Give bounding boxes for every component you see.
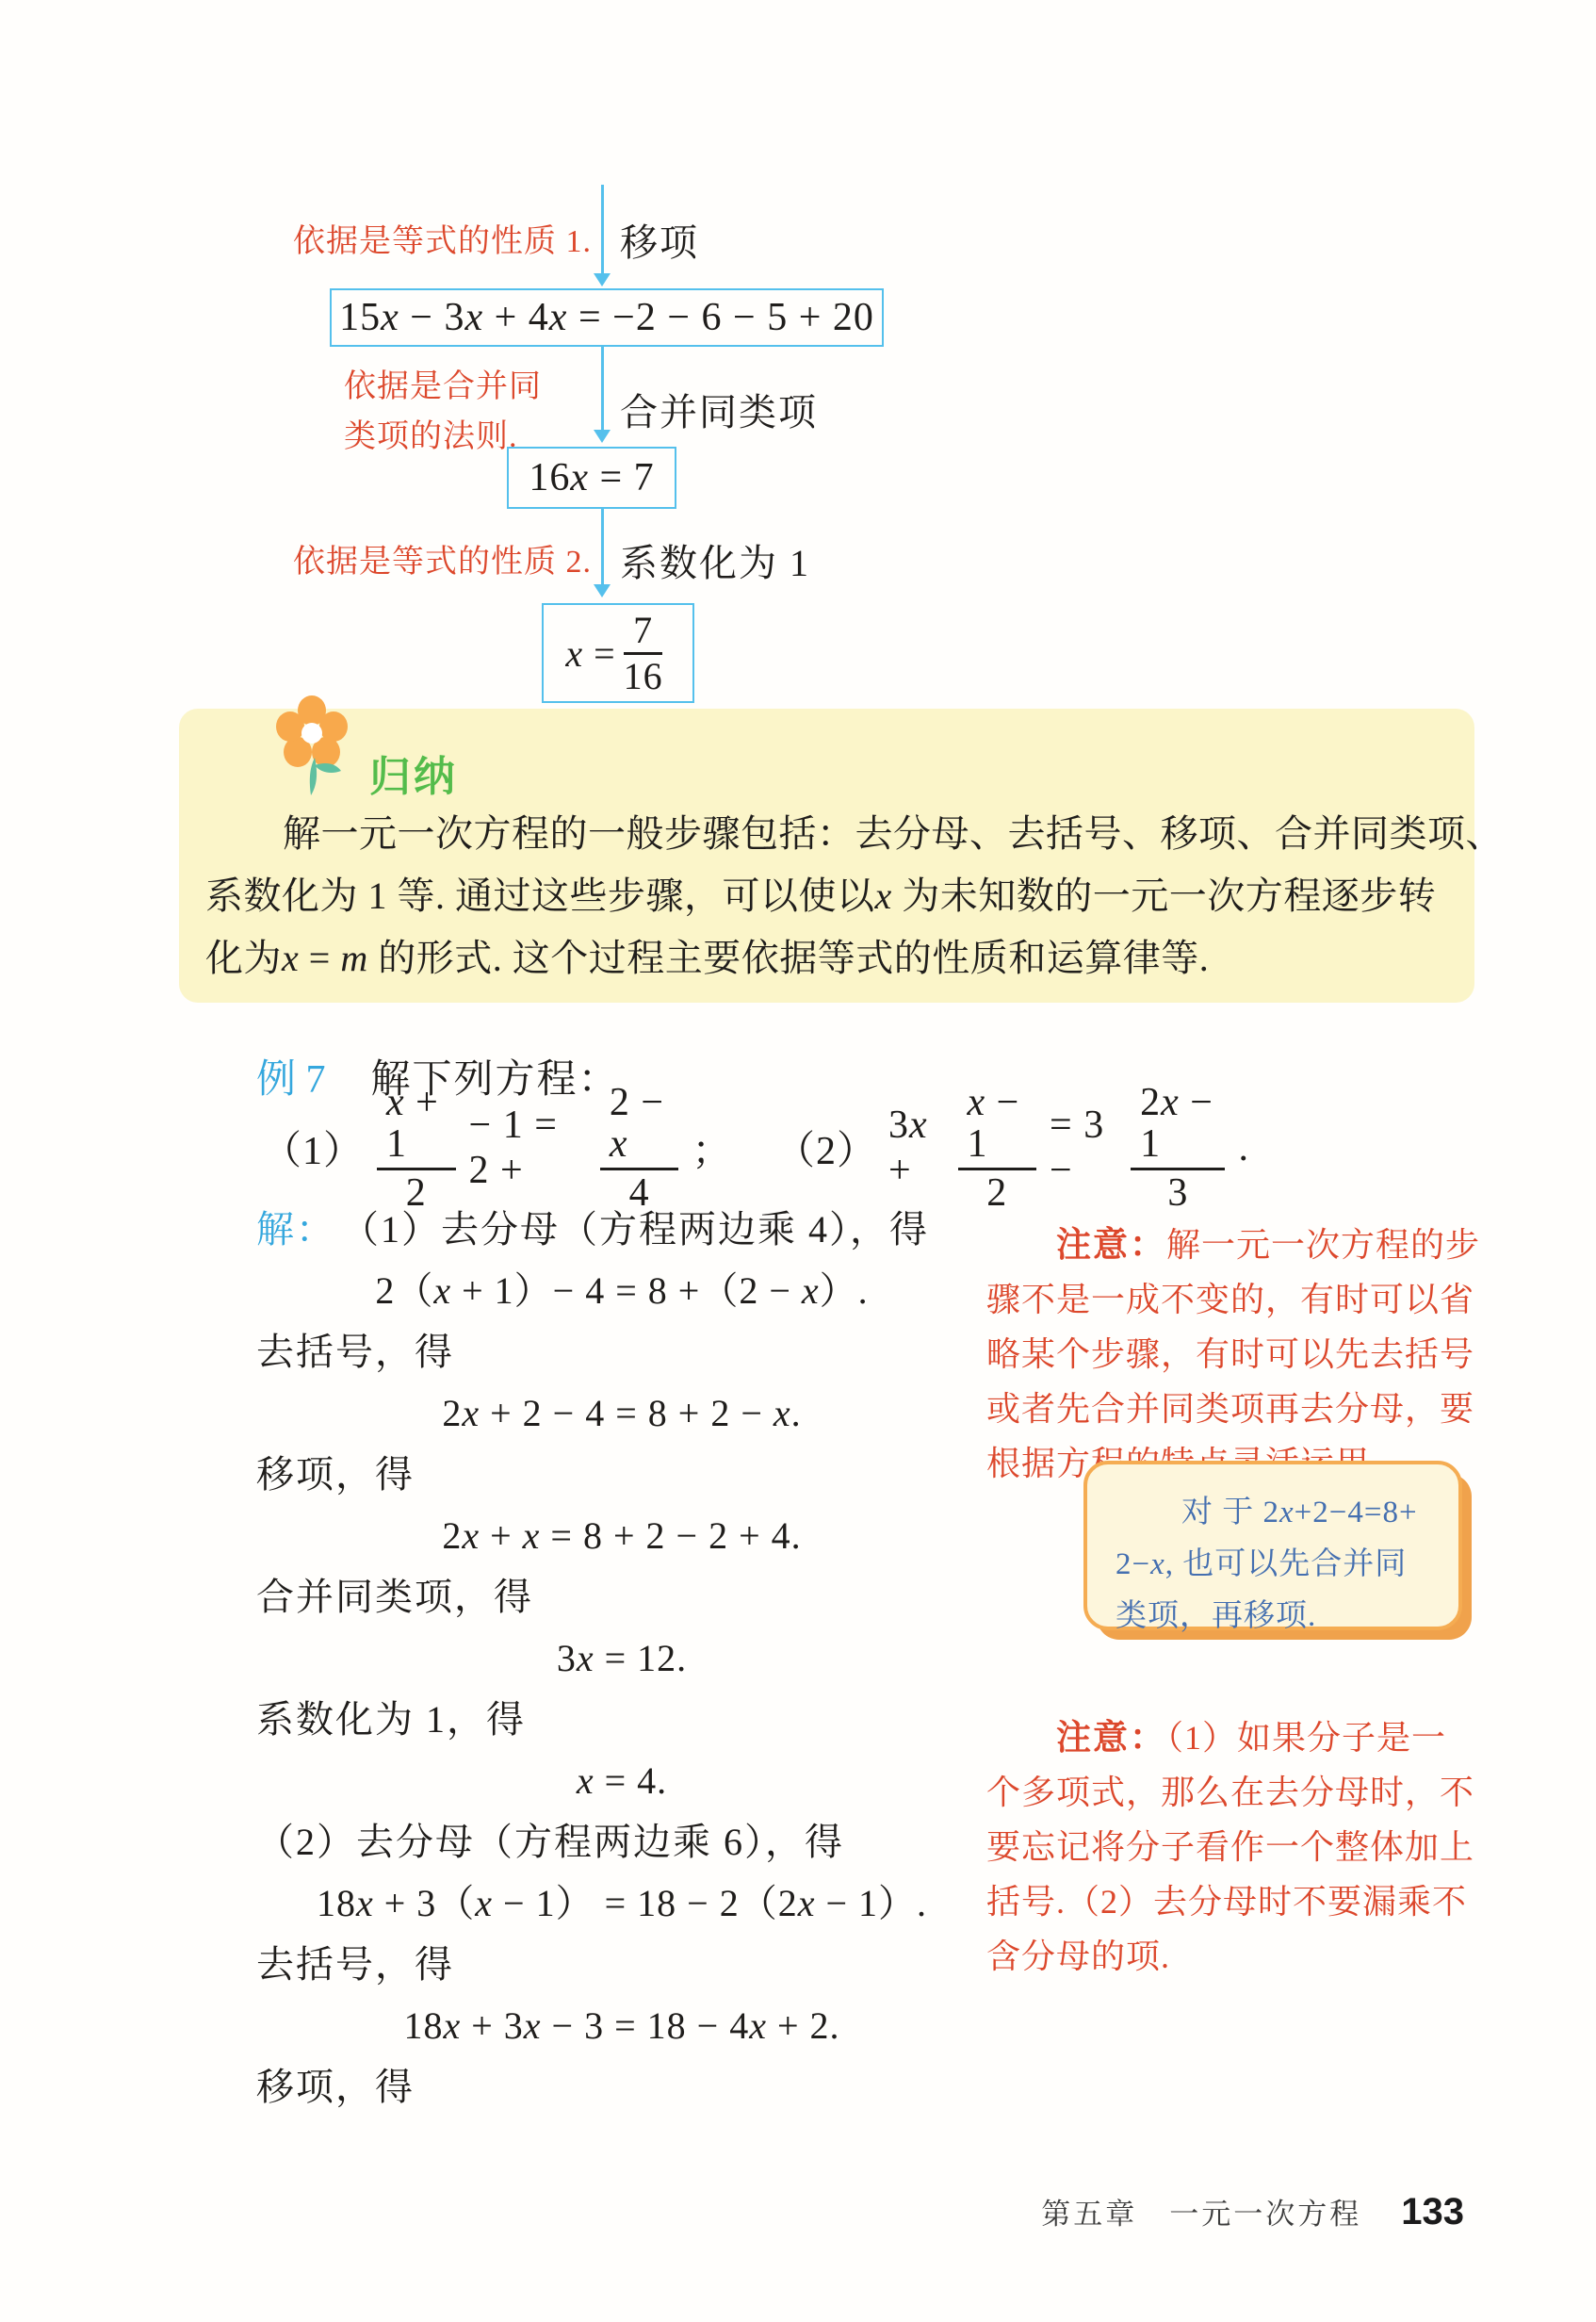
sticky-note: 对 于 2x+2−4=8+ 2−x, 也可以先合并同 类项，再移项. [1083, 1461, 1462, 1630]
eq1-middle: − 1 = 2 + [469, 1103, 587, 1193]
eq2-number: （2） [775, 1120, 877, 1176]
solution-step-label: 系数化为 1，得 [179, 1689, 1065, 1750]
result-lhs: x = [565, 631, 615, 676]
summary-line: 解一元一次方程的一般步骤包括：去分母、去括号、移项、合并同类项、 [205, 803, 1545, 865]
solution-equation: 18x + 3（x − 1） = 18 − 2（2x − 1）. [179, 1872, 1065, 1934]
solution-step-label: 合并同类项，得 [179, 1566, 1065, 1627]
solution-equation: 3x = 12. [179, 1627, 1065, 1689]
solution-step-label: 移项，得 [179, 2056, 1065, 2118]
solution-step-label: 去括号，得 [179, 1321, 1065, 1382]
flow-box-2-text: 16x = 7 [529, 455, 654, 500]
solution-equation: 2x + x = 8 + 2 − 2 + 4. [179, 1505, 1065, 1566]
note-prefix: 注意： [1056, 1718, 1166, 1757]
summary-line: 系数化为 1 等. 通过这些步骤，可以使以x 为未知数的一元一次方程逐步转 [205, 865, 1468, 927]
solution-step-label: 解：（1）去分母（方程两边乘 4），得 [179, 1199, 1065, 1260]
eq2-fraction-2: 2x − 1 3 [1131, 1082, 1225, 1213]
flower-icon [271, 695, 352, 799]
solution-equation: 18x + 3x − 3 = 18 − 4x + 2. [179, 1995, 1065, 2056]
fraction-denominator: 16 [624, 655, 663, 696]
flow-step-label-2: 合并同类项 [620, 383, 818, 436]
eq1-fraction-1: x + 1 2 [377, 1082, 456, 1213]
solution-equation: 2x + 2 − 4 = 8 + 2 − x. [179, 1382, 1065, 1444]
note-prefix: 注意： [1056, 1225, 1166, 1264]
solution-equation: x = 4. [179, 1750, 1065, 1811]
result-fraction: 7 16 [624, 611, 663, 696]
flow-box-result: x = 7 16 [542, 603, 694, 703]
example-equations: （1） x + 1 2 − 1 = 2 + 2 − x 4 ； （2） 3x +… [256, 1091, 1255, 1204]
arrow-down-icon [594, 430, 611, 443]
flow-arrow-line-1 [601, 185, 604, 275]
footer-chapter: 第五章 [1041, 2190, 1137, 2232]
arrow-down-icon [594, 273, 611, 286]
flow-box-equation-2: 16x = 7 [507, 447, 676, 509]
flow-step-label-3: 系数化为 1 [620, 533, 810, 587]
footer-chapter-title: 一元一次方程 [1169, 2190, 1361, 2232]
eq1-number: （1） [262, 1120, 364, 1176]
margin-note-2: 注意：（1）如果分子是一 个多项式，那么在去分母时，不 要忘记将分子看作一个整体… [986, 1710, 1495, 1984]
flow-step-label-1: 移项 [620, 213, 699, 267]
fraction-numerator: 7 [624, 611, 662, 655]
solution-step-label: 移项，得 [179, 1444, 1065, 1505]
eq2-tail: . [1238, 1125, 1249, 1170]
eq1-tail: ； [692, 1120, 732, 1176]
flow-arrow-line-2 [601, 345, 604, 430]
page-footer: 第五章 一元一次方程 133 [1041, 2190, 1464, 2233]
flow-box-1-text: 15x − 3x + 4x = −2 − 6 − 5 + 20 [339, 295, 874, 340]
page-number: 133 [1401, 2191, 1464, 2233]
solution-step-label: （2）去分母（方程两边乘 6），得 [179, 1811, 1065, 1872]
flow-box-equation-1: 15x − 3x + 4x = −2 − 6 − 5 + 20 [330, 288, 884, 347]
flow-arrow-line-3 [601, 507, 604, 586]
arrow-down-icon [594, 584, 611, 597]
solution-equation: 2（x + 1）− 4 = 8 +（2 − x）. [179, 1260, 1065, 1321]
solution-step-label: 去括号，得 [179, 1934, 1065, 1995]
eq2-lead: 3x + [888, 1103, 944, 1193]
eq1-fraction-2: 2 − x 4 [600, 1082, 679, 1213]
solution-prefix: 解： [256, 1208, 335, 1251]
textbook-page: 依据是等式的性质 1. 移项 15x − 3x + 4x = −2 − 6 − … [0, 0, 1596, 2322]
flow-annotation-3: 依据是等式的性质 2. [245, 535, 592, 581]
summary-line: 化为x = m 的形式. 这个过程主要依据等式的性质和运算律等. [205, 927, 1468, 989]
summary-title: 归纳 [369, 743, 458, 803]
eq2-fraction-1: x − 1 2 [958, 1082, 1037, 1213]
eq2-middle: = 3 − [1050, 1103, 1117, 1193]
flow-annotation-1: 依据是等式的性质 1. [245, 215, 592, 261]
solution-block: 解：（1）去分母（方程两边乘 4），得 2（x + 1）− 4 = 8 +（2 … [179, 1199, 1065, 2118]
margin-note-1: 注意：解一元一次方程的步 骤不是一成不变的，有时可以省 略某个步骤，有时可以先去… [986, 1218, 1495, 1491]
